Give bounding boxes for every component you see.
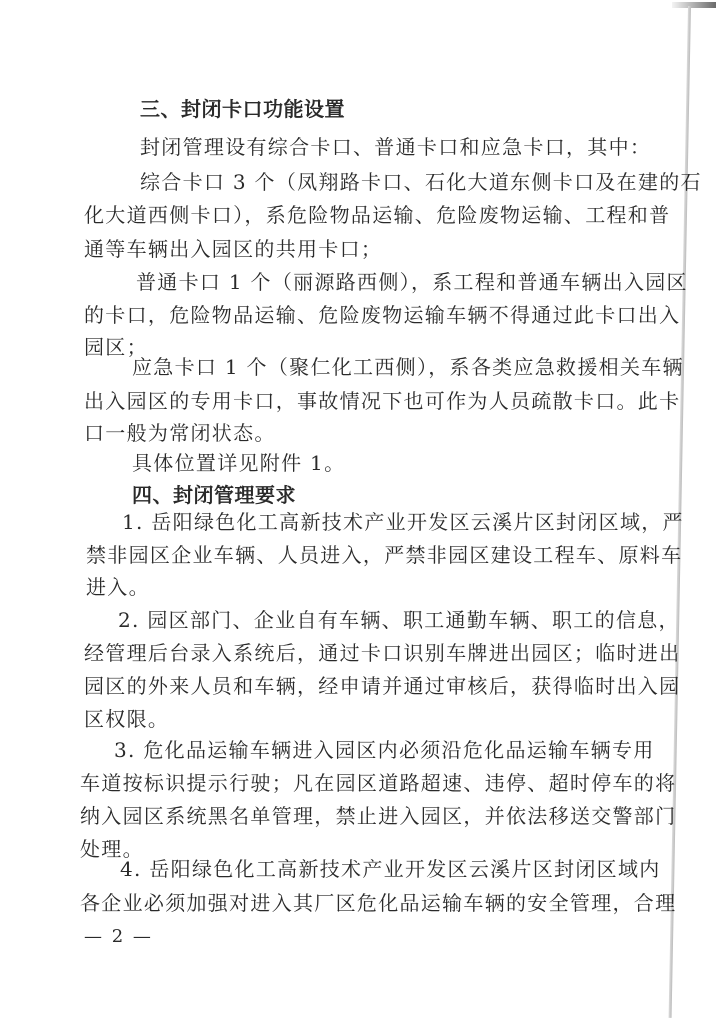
paragraph-line: 各企业必须加强对进入其厂区危化品运输车辆的安全管理，合理: [80, 886, 676, 920]
paragraph-line: 车道按标识提示行驶；凡在园区道路超速、违停、超时停车的将: [80, 766, 676, 800]
paragraph-line: 区权限。: [84, 702, 169, 736]
document-page: 三、封闭卡口功能设置 封闭管理设有综合卡口、普通卡口和应急卡口，其中： 综合卡口…: [0, 0, 720, 1018]
paragraph-line: 的卡口，危险物品运输、危险废物运输车辆不得通过此卡口出入: [84, 298, 680, 332]
paragraph-line: 纳入园区系统黑名单管理，禁止进入园区，并依法移送交警部门: [80, 799, 676, 833]
paragraph-line: 禁非园区企业车辆、人员进入，严禁非园区建设工程车、原料车: [86, 538, 682, 572]
paragraph-line: 化大道西侧卡口），系危险物品运输、危险废物运输、工程和普: [84, 198, 670, 232]
paragraph-line: 进入。: [86, 570, 150, 604]
page-edge-shadow: [672, 2, 716, 8]
paragraph-line: 具体位置详见附件 1。: [132, 446, 345, 480]
paragraph-line: 3. 危化品运输车辆进入园区内必须沿危化品运输车辆专用: [114, 733, 655, 767]
paragraph-line: 综合卡口 3 个（凤翔路卡口、石化大道东侧卡口及在建的石: [140, 165, 702, 199]
paragraph-line: 出入园区的专用卡口，事故情况下也可作为人员疏散卡口。此卡: [84, 384, 680, 418]
page-number: — 2 —: [84, 926, 153, 947]
paragraph-line: 1. 岳阳绿色化工高新技术产业开发区云溪片区封闭区域，严: [122, 505, 684, 539]
paragraph-line: 4. 岳阳绿色化工高新技术产业开发区云溪片区封闭区域内: [120, 852, 661, 886]
paragraph-line: 口一般为常闭状态。: [84, 416, 276, 450]
paragraph-line: 普通卡口 1 个（丽源路西侧），系工程和普通车辆出入园区: [136, 265, 688, 299]
paragraph-line: 2. 园区部门、企业自有车辆、职工通勤车辆、职工的信息，: [118, 603, 680, 637]
paragraph-line: 通等车辆出入园区的共用卡口；: [84, 232, 382, 266]
paragraph-line: 封闭管理设有综合卡口、普通卡口和应急卡口，其中：: [140, 130, 651, 164]
paragraph-line: 经管理后台录入系统后，通过卡口识别车牌进出园区；临时进出: [84, 636, 680, 670]
paragraph-line: 应急卡口 1 个（聚仁化工西侧），系各类应急救援相关车辆: [132, 350, 684, 384]
paragraph-line: 园区的外来人员和车辆，经申请并通过审核后，获得临时出入园: [84, 669, 680, 703]
section-heading-3: 三、封闭卡口功能设置: [140, 92, 345, 126]
